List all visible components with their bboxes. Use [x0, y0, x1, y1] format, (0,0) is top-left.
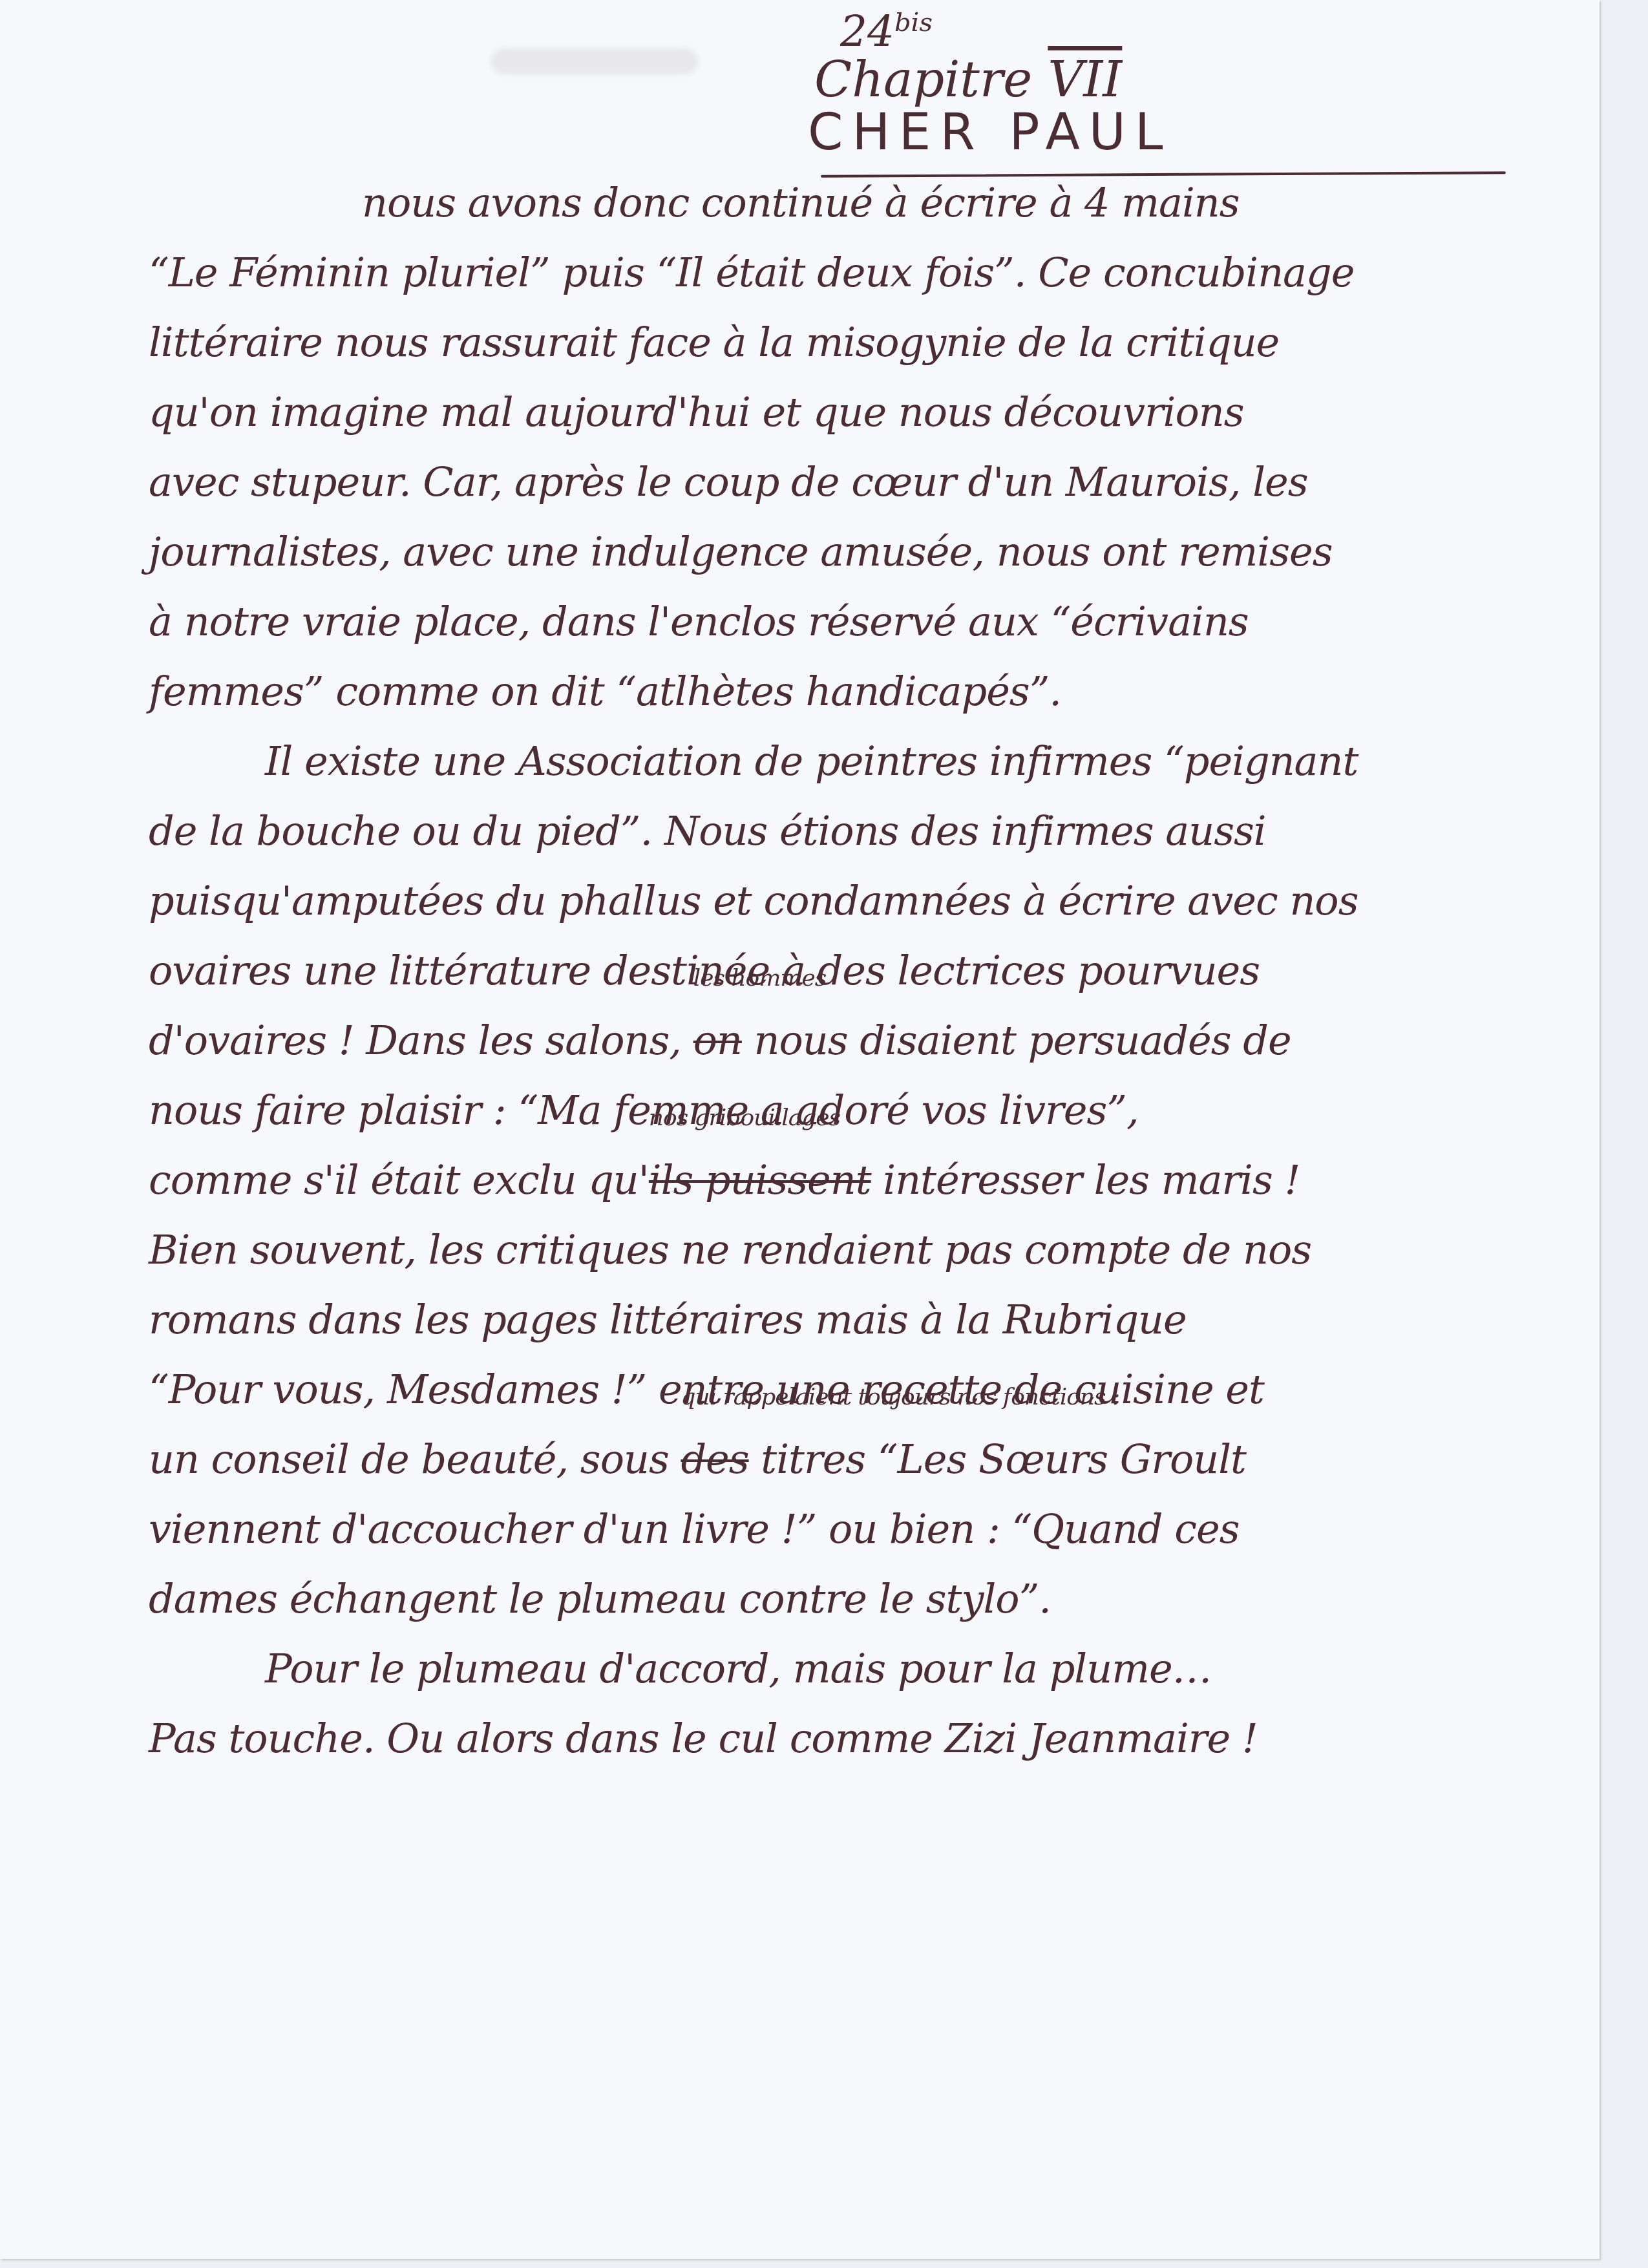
line-segment: un conseil de beauté, sous	[149, 1436, 681, 1483]
text-line: femmes” comme on dit “atlhètes handicapé…	[149, 657, 1545, 726]
text-line: littéraire nous rassurait face à la miso…	[149, 308, 1545, 377]
chapter-label: Chapitre	[814, 50, 1032, 108]
correction: les hommeson	[693, 1006, 742, 1076]
text-line: qu'on imagine mal aujourd'hui et que nou…	[149, 377, 1545, 447]
struck-text: on	[693, 1017, 742, 1064]
text-line: journalistes, avec une indulgence amusée…	[149, 517, 1545, 587]
struck-text: des	[681, 1436, 748, 1483]
text-line: Bien souvent, les critiques ne rendaient…	[149, 1215, 1545, 1285]
manuscript-body: nous avons donc continué à écrire à 4 ma…	[149, 168, 1545, 1774]
text-line-with-correction: d'ovaires ! Dans les salons, les hommeso…	[149, 1006, 1545, 1076]
line-segment: nous disaient persuadés de	[742, 1017, 1291, 1064]
text-line: viennent d'accoucher d'un livre !” ou bi…	[149, 1494, 1545, 1564]
text-line: nous faire plaisir : “Ma femme a adoré v…	[149, 1076, 1545, 1145]
inserted-text: nos gribouillages	[649, 1105, 840, 1131]
line-segment: intéresser les maris !	[871, 1156, 1300, 1203]
text-line: Pour le plumeau d'accord, mais pour la p…	[149, 1634, 1545, 1704]
text-line: dames échangent le plumeau contre le sty…	[149, 1564, 1545, 1634]
text-line: puisqu'amputées du phallus et condamnées…	[149, 866, 1545, 936]
text-line: Il existe une Association de peintres in…	[149, 726, 1545, 796]
correction: nos gribouillagesils puissent	[649, 1145, 871, 1215]
text-line: ovaires une littérature destinée à des l…	[149, 936, 1545, 1006]
text-line: Pas touche. Ou alors dans le cul comme Z…	[149, 1704, 1545, 1774]
line-segment: d'ovaires ! Dans les salons,	[149, 1017, 693, 1064]
page-number: 24bis	[840, 6, 933, 56]
text-line: de la bouche ou du pied”. Nous étions de…	[149, 796, 1545, 866]
text-line-with-correction: comme s'il était exclu qu'nos gribouilla…	[149, 1145, 1545, 1215]
correction: qui rappelaient toujours nos fonctions :…	[681, 1425, 748, 1494]
text-line: romans dans les pages littéraires mais à…	[149, 1285, 1545, 1355]
chapter-numeral: VII	[1048, 50, 1122, 108]
text-line: nous avons donc continué à écrire à 4 ma…	[149, 168, 1545, 238]
text-line: à notre vraie place, dans l'enclos réser…	[149, 587, 1545, 657]
page-number-suffix: bis	[894, 8, 933, 37]
inserted-text: les hommes	[693, 966, 827, 991]
chapter-heading: Chapitre VII	[814, 50, 1122, 108]
page-number-value: 24	[840, 6, 894, 56]
text-line-with-correction: un conseil de beauté, sous qui rappelaie…	[149, 1425, 1545, 1494]
chapter-title: CHER PAUL	[808, 103, 1172, 162]
bleed-through-mark	[491, 48, 698, 74]
line-segment: comme s'il était exclu qu'	[149, 1156, 649, 1203]
inserted-text: qui rappelaient toujours nos fonctions :	[681, 1384, 1119, 1410]
text-line: “Le Féminin pluriel” puis “Il était deux…	[149, 238, 1545, 308]
line-segment: titres “Les Sœurs Groult	[749, 1436, 1246, 1483]
struck-text: ils puissent	[649, 1156, 871, 1203]
manuscript-page: 24bis Chapitre VII CHER PAUL nous avons …	[0, 0, 1600, 2259]
text-line: avec stupeur. Car, après le coup de cœur…	[149, 447, 1545, 517]
